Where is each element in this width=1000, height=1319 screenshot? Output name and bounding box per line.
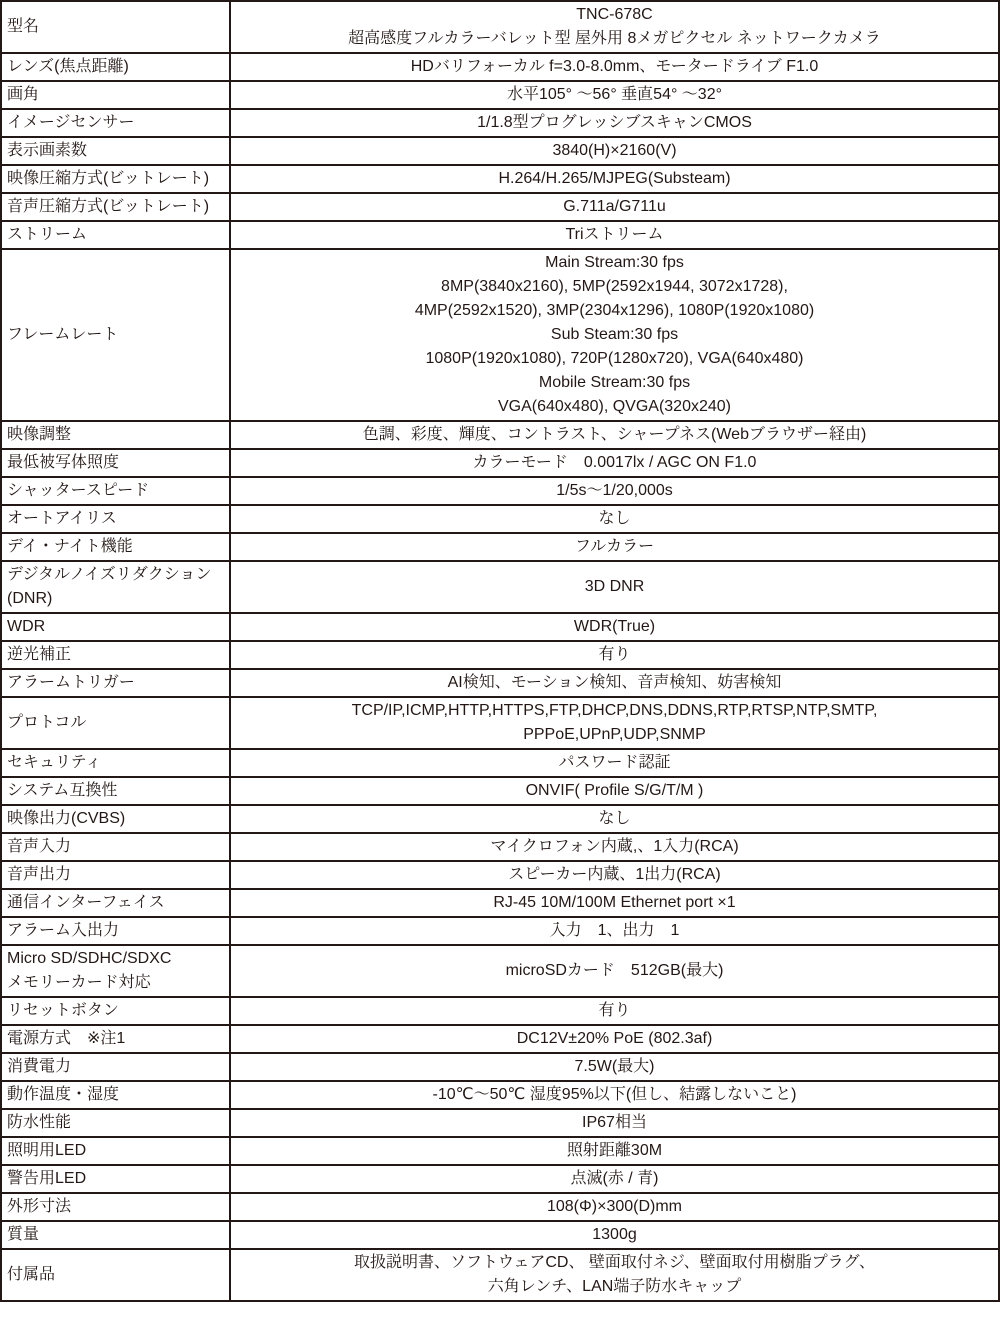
spec-value-line: 7.5W(最大) xyxy=(235,1055,994,1079)
spec-row: 音声出力スピーカー内蔵、1出力(RCA) xyxy=(1,861,999,889)
spec-value-line: TCP/IP,ICMP,HTTP,HTTPS,FTP,DHCP,DNS,DDNS… xyxy=(235,699,994,723)
spec-label-cell: 音声入力 xyxy=(1,833,230,861)
spec-row: 逆光補正有り xyxy=(1,641,999,669)
spec-row: リセットボタン有り xyxy=(1,997,999,1025)
spec-value-cell: パスワード認証 xyxy=(230,749,999,777)
spec-label-cell: 質量 xyxy=(1,1221,230,1249)
spec-label-line: アラーム入出力 xyxy=(7,919,227,943)
spec-label-cell: 防水性能 xyxy=(1,1109,230,1137)
spec-label-line: レンズ(焦点距離) xyxy=(7,55,227,79)
spec-value-line: microSDカード 512GB(最大) xyxy=(235,959,994,983)
spec-value-cell: microSDカード 512GB(最大) xyxy=(230,945,999,997)
spec-label-line: シャッタースピード xyxy=(7,479,227,503)
spec-row: 音声入力マイクロフォン内蔵,、1入力(RCA) xyxy=(1,833,999,861)
spec-label-cell: オートアイリス xyxy=(1,505,230,533)
spec-label-cell: 型名 xyxy=(1,1,230,53)
spec-row: 防水性能IP67相当 xyxy=(1,1109,999,1137)
spec-label-cell: デイ・ナイト機能 xyxy=(1,533,230,561)
spec-label-cell: リセットボタン xyxy=(1,997,230,1025)
spec-row: イメージセンサー1/1.8型プログレッシブスキャンCMOS xyxy=(1,109,999,137)
spec-label-line: 外形寸法 xyxy=(7,1195,227,1219)
spec-value-cell: 点滅(赤 / 青) xyxy=(230,1165,999,1193)
spec-label-cell: 電源方式 ※注1 xyxy=(1,1025,230,1053)
spec-value-line: 超高感度フルカラーバレット型 屋外用 8メガピクセル ネットワークカメラ xyxy=(235,27,994,51)
spec-value-line: 照射距離30M xyxy=(235,1139,994,1163)
spec-value-line: -10℃～50℃ 湿度95%以下(但し、結露しないこと) xyxy=(235,1083,994,1107)
spec-value-cell: HDバリフォーカル f=3.0-8.0mm、モータードライブ F1.0 xyxy=(230,53,999,81)
spec-label-line: 動作温度・湿度 xyxy=(7,1083,227,1107)
spec-value-cell: 1/5s～1/20,000s xyxy=(230,477,999,505)
spec-value-line: Triストリーム xyxy=(235,223,994,247)
spec-label-line: デイ・ナイト機能 xyxy=(7,535,227,559)
spec-label-line: フレームレート xyxy=(7,323,227,347)
spec-value-cell: なし xyxy=(230,505,999,533)
spec-label-cell: 動作温度・湿度 xyxy=(1,1081,230,1109)
spec-label-line: 照明用LED xyxy=(7,1139,227,1163)
spec-value-line: 4MP(2592x1520), 3MP(2304x1296), 1080P(19… xyxy=(235,299,994,323)
spec-value-line: 3840(H)×2160(V) xyxy=(235,139,994,163)
spec-row: WDRWDR(True) xyxy=(1,613,999,641)
spec-value-line: G.711a/G711u xyxy=(235,195,994,219)
spec-value-cell: マイクロフォン内蔵,、1入力(RCA) xyxy=(230,833,999,861)
spec-value-line: 1300g xyxy=(235,1223,994,1247)
spec-row: 電源方式 ※注1DC12V±20% PoE (802.3af) xyxy=(1,1025,999,1053)
spec-row: 映像出力(CVBS)なし xyxy=(1,805,999,833)
spec-row: セキュリティパスワード認証 xyxy=(1,749,999,777)
spec-row: 映像調整色調、彩度、輝度、コントラスト、シャープネス(Webブラウザー経由) xyxy=(1,421,999,449)
spec-label-line: 音声出力 xyxy=(7,863,227,887)
spec-value-line: Mobile Stream:30 fps xyxy=(235,371,994,395)
spec-value-cell: 照射距離30M xyxy=(230,1137,999,1165)
spec-label-cell: 画角 xyxy=(1,81,230,109)
spec-label-line: 警告用LED xyxy=(7,1167,227,1191)
spec-value-cell: カラーモード 0.0017lx / AGC ON F1.0 xyxy=(230,449,999,477)
spec-row: 警告用LED点滅(赤 / 青) xyxy=(1,1165,999,1193)
spec-value-line: Sub Steam:30 fps xyxy=(235,323,994,347)
spec-value-line: DC12V±20% PoE (802.3af) xyxy=(235,1027,994,1051)
spec-label-line: WDR xyxy=(7,615,227,639)
spec-label-line: オートアイリス xyxy=(7,507,227,531)
spec-label-line: 音声入力 xyxy=(7,835,227,859)
spec-label-line: 付属品 xyxy=(7,1263,227,1287)
spec-row: 動作温度・湿度-10℃～50℃ 湿度95%以下(但し、結露しないこと) xyxy=(1,1081,999,1109)
spec-label-cell: イメージセンサー xyxy=(1,109,230,137)
spec-value-line: 点滅(赤 / 青) xyxy=(235,1167,994,1191)
spec-label-line: 画角 xyxy=(7,83,227,107)
spec-row: 照明用LED照射距離30M xyxy=(1,1137,999,1165)
spec-value-line: IP67相当 xyxy=(235,1111,994,1135)
spec-value-line: スピーカー内蔵、1出力(RCA) xyxy=(235,863,994,887)
spec-value-line: TNC-678C xyxy=(235,3,994,27)
spec-value-line: H.264/H.265/MJPEG(Substeam) xyxy=(235,167,994,191)
spec-value-line: HDバリフォーカル f=3.0-8.0mm、モータードライブ F1.0 xyxy=(235,55,994,79)
spec-value-cell: RJ-45 10M/100M Ethernet port ×1 xyxy=(230,889,999,917)
spec-row: デイ・ナイト機能フルカラー xyxy=(1,533,999,561)
spec-value-line: 取扱説明書、ソフトウェアCD、 壁面取付ネジ、壁面取付用樹脂プラグ、 xyxy=(235,1251,994,1275)
spec-label-line: 消費電力 xyxy=(7,1055,227,1079)
spec-value-cell: WDR(True) xyxy=(230,613,999,641)
spec-value-cell: 1/1.8型プログレッシブスキャンCMOS xyxy=(230,109,999,137)
spec-label-line: ストリーム xyxy=(7,223,227,247)
spec-value-line: 3D DNR xyxy=(235,575,994,599)
spec-label-line: (DNR) xyxy=(7,587,227,611)
spec-label-cell: アラーム入出力 xyxy=(1,917,230,945)
spec-label-cell: プロトコル xyxy=(1,697,230,749)
spec-label-cell: 外形寸法 xyxy=(1,1193,230,1221)
spec-value-line: 1/5s～1/20,000s xyxy=(235,479,994,503)
spec-table-body: 型名TNC-678C超高感度フルカラーバレット型 屋外用 8メガピクセル ネット… xyxy=(1,1,999,1301)
spec-value-line: 有り xyxy=(235,999,994,1023)
spec-label-line: プロトコル xyxy=(7,711,227,735)
spec-label-line: 逆光補正 xyxy=(7,643,227,667)
spec-label-line: イメージセンサー xyxy=(7,111,227,135)
spec-value-line: VGA(640x480), QVGA(320x240) xyxy=(235,395,994,419)
spec-value-line: カラーモード 0.0017lx / AGC ON F1.0 xyxy=(235,451,994,475)
spec-row: 最低被写体照度カラーモード 0.0017lx / AGC ON F1.0 xyxy=(1,449,999,477)
spec-row: デジタルノイズリダクション(DNR)3D DNR xyxy=(1,561,999,613)
spec-row: 外形寸法108(Φ)×300(D)mm xyxy=(1,1193,999,1221)
spec-value-cell: スピーカー内蔵、1出力(RCA) xyxy=(230,861,999,889)
spec-value-line: 108(Φ)×300(D)mm xyxy=(235,1195,994,1219)
spec-row: レンズ(焦点距離)HDバリフォーカル f=3.0-8.0mm、モータードライブ … xyxy=(1,53,999,81)
spec-value-cell: H.264/H.265/MJPEG(Substeam) xyxy=(230,165,999,193)
spec-label-line: 音声圧縮方式(ビットレート) xyxy=(7,195,227,219)
spec-value-line: 8MP(3840x2160), 5MP(2592x1944, 3072x1728… xyxy=(235,275,994,299)
spec-label-line: 映像調整 xyxy=(7,423,227,447)
spec-label-line: セキュリティ xyxy=(7,751,227,775)
spec-row: フレームレートMain Stream:30 fps8MP(3840x2160),… xyxy=(1,249,999,421)
spec-label-cell: 音声圧縮方式(ビットレート) xyxy=(1,193,230,221)
spec-value-line: パスワード認証 xyxy=(235,751,994,775)
spec-label-cell: デジタルノイズリダクション(DNR) xyxy=(1,561,230,613)
spec-row: 映像圧縮方式(ビットレート)H.264/H.265/MJPEG(Substeam… xyxy=(1,165,999,193)
spec-label-cell: 表示画素数 xyxy=(1,137,230,165)
spec-value-cell: -10℃～50℃ 湿度95%以下(但し、結露しないこと) xyxy=(230,1081,999,1109)
camera-spec-sheet: 型名TNC-678C超高感度フルカラーバレット型 屋外用 8メガピクセル ネット… xyxy=(0,0,1000,1302)
spec-label-cell: レンズ(焦点距離) xyxy=(1,53,230,81)
spec-label-cell: セキュリティ xyxy=(1,749,230,777)
spec-value-cell: 1300g xyxy=(230,1221,999,1249)
spec-label-line: 質量 xyxy=(7,1223,227,1247)
spec-label-cell: 映像出力(CVBS) xyxy=(1,805,230,833)
spec-value-line: マイクロフォン内蔵,、1入力(RCA) xyxy=(235,835,994,859)
spec-value-line: ONVIF( Profile S/G/T/M ) xyxy=(235,779,994,803)
spec-value-cell: 7.5W(最大) xyxy=(230,1053,999,1081)
spec-row: 型名TNC-678C超高感度フルカラーバレット型 屋外用 8メガピクセル ネット… xyxy=(1,1,999,53)
spec-value-cell: なし xyxy=(230,805,999,833)
spec-value-cell: 有り xyxy=(230,641,999,669)
spec-value-line: なし xyxy=(235,507,994,531)
spec-label-cell: 消費電力 xyxy=(1,1053,230,1081)
spec-label-cell: 音声出力 xyxy=(1,861,230,889)
spec-value-cell: 有り xyxy=(230,997,999,1025)
spec-row: システム互換性ONVIF( Profile S/G/T/M ) xyxy=(1,777,999,805)
spec-value-line: 色調、彩度、輝度、コントラスト、シャープネス(Webブラウザー経由) xyxy=(235,423,994,447)
spec-row: プロトコルTCP/IP,ICMP,HTTP,HTTPS,FTP,DHCP,DNS… xyxy=(1,697,999,749)
spec-label-line: デジタルノイズリダクション xyxy=(7,563,227,587)
spec-row: 通信インターフェイスRJ-45 10M/100M Ethernet port ×… xyxy=(1,889,999,917)
spec-value-cell: TCP/IP,ICMP,HTTP,HTTPS,FTP,DHCP,DNS,DDNS… xyxy=(230,697,999,749)
spec-value-line: 六角レンチ、LAN端子防水キャップ xyxy=(235,1275,994,1299)
spec-value-line: なし xyxy=(235,807,994,831)
spec-value-cell: フルカラー xyxy=(230,533,999,561)
spec-label-cell: ストリーム xyxy=(1,221,230,249)
spec-label-cell: アラームトリガー xyxy=(1,669,230,697)
spec-row: 画角水平105° ～56° 垂直54° ～32° xyxy=(1,81,999,109)
spec-label-cell: 通信インターフェイス xyxy=(1,889,230,917)
spec-value-cell: 3840(H)×2160(V) xyxy=(230,137,999,165)
spec-value-cell: TNC-678C超高感度フルカラーバレット型 屋外用 8メガピクセル ネットワー… xyxy=(230,1,999,53)
spec-value-line: Main Stream:30 fps xyxy=(235,251,994,275)
spec-row: ストリームTriストリーム xyxy=(1,221,999,249)
spec-value-cell: 3D DNR xyxy=(230,561,999,613)
spec-label-line: 映像出力(CVBS) xyxy=(7,807,227,831)
spec-row: 消費電力7.5W(最大) xyxy=(1,1053,999,1081)
spec-row: アラーム入出力入力 1、出力 1 xyxy=(1,917,999,945)
spec-value-line: PPPoE,UPnP,UDP,SNMP xyxy=(235,723,994,747)
spec-label-cell: 付属品 xyxy=(1,1249,230,1301)
spec-label-line: メモリーカード対応 xyxy=(7,971,227,995)
spec-row: 付属品取扱説明書、ソフトウェアCD、 壁面取付ネジ、壁面取付用樹脂プラグ、六角レ… xyxy=(1,1249,999,1301)
spec-value-line: RJ-45 10M/100M Ethernet port ×1 xyxy=(235,891,994,915)
spec-value-line: 有り xyxy=(235,643,994,667)
spec-label-cell: 逆光補正 xyxy=(1,641,230,669)
spec-value-line: 入力 1、出力 1 xyxy=(235,919,994,943)
spec-row: 質量1300g xyxy=(1,1221,999,1249)
spec-label-line: 映像圧縮方式(ビットレート) xyxy=(7,167,227,191)
spec-value-cell: Triストリーム xyxy=(230,221,999,249)
spec-label-cell: 映像調整 xyxy=(1,421,230,449)
spec-label-cell: 警告用LED xyxy=(1,1165,230,1193)
spec-value-cell: 108(Φ)×300(D)mm xyxy=(230,1193,999,1221)
spec-label-cell: フレームレート xyxy=(1,249,230,421)
spec-label-line: 防水性能 xyxy=(7,1111,227,1135)
spec-label-line: リセットボタン xyxy=(7,999,227,1023)
spec-value-cell: Main Stream:30 fps8MP(3840x2160), 5MP(25… xyxy=(230,249,999,421)
spec-value-line: 1080P(1920x1080), 720P(1280x720), VGA(64… xyxy=(235,347,994,371)
spec-value-line: フルカラー xyxy=(235,535,994,559)
spec-value-cell: 色調、彩度、輝度、コントラスト、シャープネス(Webブラウザー経由) xyxy=(230,421,999,449)
spec-row: アラームトリガーAI検知、モーション検知、音声検知、妨害検知 xyxy=(1,669,999,697)
spec-value-line: 1/1.8型プログレッシブスキャンCMOS xyxy=(235,111,994,135)
spec-value-cell: IP67相当 xyxy=(230,1109,999,1137)
spec-value-cell: G.711a/G711u xyxy=(230,193,999,221)
spec-label-line: Micro SD/SDHC/SDXC xyxy=(7,947,227,971)
spec-label-cell: Micro SD/SDHC/SDXCメモリーカード対応 xyxy=(1,945,230,997)
spec-label-line: 通信インターフェイス xyxy=(7,891,227,915)
spec-label-line: 電源方式 ※注1 xyxy=(7,1027,227,1051)
spec-row: 音声圧縮方式(ビットレート)G.711a/G711u xyxy=(1,193,999,221)
spec-label-line: 最低被写体照度 xyxy=(7,451,227,475)
spec-label-line: 型名 xyxy=(7,15,227,39)
spec-label-cell: シャッタースピード xyxy=(1,477,230,505)
spec-label-cell: 映像圧縮方式(ビットレート) xyxy=(1,165,230,193)
spec-label-cell: WDR xyxy=(1,613,230,641)
spec-value-line: 水平105° ～56° 垂直54° ～32° xyxy=(235,83,994,107)
spec-value-cell: AI検知、モーション検知、音声検知、妨害検知 xyxy=(230,669,999,697)
spec-table: 型名TNC-678C超高感度フルカラーバレット型 屋外用 8メガピクセル ネット… xyxy=(0,0,1000,1302)
spec-label-cell: 最低被写体照度 xyxy=(1,449,230,477)
spec-value-cell: 水平105° ～56° 垂直54° ～32° xyxy=(230,81,999,109)
spec-value-cell: 取扱説明書、ソフトウェアCD、 壁面取付ネジ、壁面取付用樹脂プラグ、六角レンチ、… xyxy=(230,1249,999,1301)
spec-label-line: アラームトリガー xyxy=(7,671,227,695)
spec-label-cell: システム互換性 xyxy=(1,777,230,805)
spec-row: Micro SD/SDHC/SDXCメモリーカード対応microSDカード 51… xyxy=(1,945,999,997)
spec-label-line: 表示画素数 xyxy=(7,139,227,163)
spec-row: 表示画素数3840(H)×2160(V) xyxy=(1,137,999,165)
spec-value-cell: DC12V±20% PoE (802.3af) xyxy=(230,1025,999,1053)
spec-row: シャッタースピード1/5s～1/20,000s xyxy=(1,477,999,505)
spec-value-line: AI検知、モーション検知、音声検知、妨害検知 xyxy=(235,671,994,695)
spec-label-line: システム互換性 xyxy=(7,779,227,803)
spec-value-cell: 入力 1、出力 1 xyxy=(230,917,999,945)
spec-value-line: WDR(True) xyxy=(235,615,994,639)
spec-row: オートアイリスなし xyxy=(1,505,999,533)
spec-value-cell: ONVIF( Profile S/G/T/M ) xyxy=(230,777,999,805)
spec-label-cell: 照明用LED xyxy=(1,1137,230,1165)
